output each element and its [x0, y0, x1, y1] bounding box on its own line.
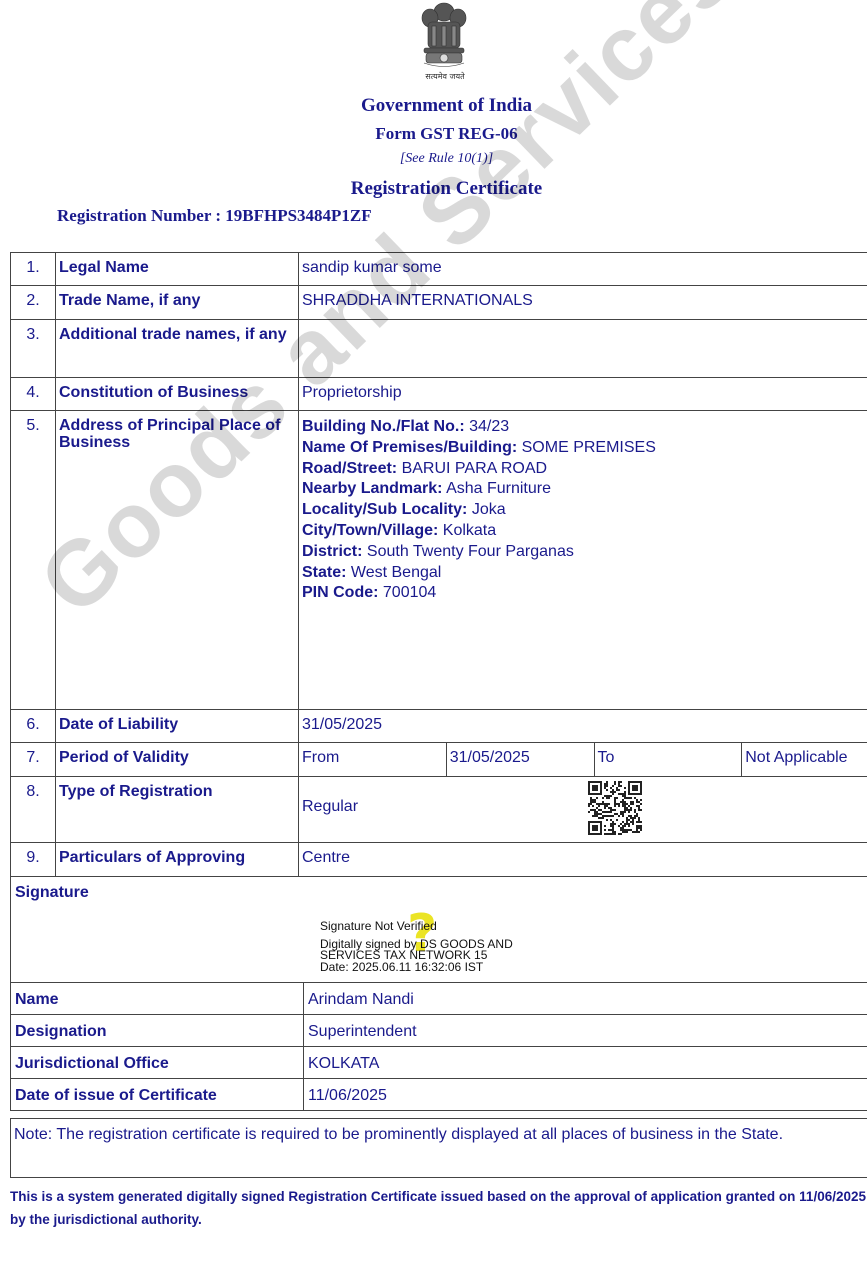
form-heading: Form GST REG-06 — [0, 124, 867, 144]
address-value: Asha Furniture — [446, 480, 551, 497]
address-road: Road/Street: BARUI PARA ROAD — [302, 459, 867, 480]
row-label: Date of Liability — [56, 710, 299, 743]
row-number: 9. — [11, 843, 56, 877]
row-value: sandip kumar some — [299, 253, 867, 286]
table-row: Jurisdictional Office KOLKATA — [11, 1047, 867, 1079]
address-key: Locality/Sub Locality: — [302, 501, 467, 518]
address-value: West Bengal — [351, 564, 441, 581]
table-row: 5. Address of Principal Place of Busines… — [11, 411, 867, 710]
officer-label: Date of issue of Certificate — [11, 1079, 304, 1111]
row-number: 7. — [11, 743, 56, 777]
qr-cell — [594, 777, 867, 843]
officer-details-table: Name Arindam Nandi Designation Superinte… — [10, 982, 867, 1111]
address-district: District: South Twenty Four Parganas — [302, 542, 867, 563]
table-row: 9. Particulars of Approving Centre — [11, 843, 867, 877]
row-value: Regular — [299, 777, 595, 843]
validity-to-date: Not Applicable — [742, 743, 867, 777]
row-label: Particulars of Approving — [56, 843, 299, 877]
address-pin: PIN Code: 700104 — [302, 583, 867, 604]
table-row: Designation Superintendent — [11, 1015, 867, 1047]
officer-value: Superintendent — [304, 1015, 867, 1047]
address-building: Building No./Flat No.: 34/23 — [302, 417, 867, 438]
table-row: 7. Period of Validity From 31/05/2025 To… — [11, 743, 867, 777]
officer-value: 11/06/2025 — [304, 1079, 867, 1111]
certificate-title: Registration Certificate — [0, 178, 867, 200]
row-value: Centre — [299, 843, 867, 877]
row-number: 4. — [11, 378, 56, 411]
registration-number: Registration Number : 19BFHPS3484P1ZF — [57, 206, 372, 226]
row-label: Additional trade names, if any — [56, 320, 299, 378]
row-number: 1. — [11, 253, 56, 286]
note-text: Note: The registration certificate is re… — [14, 1126, 783, 1144]
row-number: 5. — [11, 411, 56, 710]
row-number: 6. — [11, 710, 56, 743]
address-value: Kolkata — [443, 522, 496, 539]
officer-label: Designation — [11, 1015, 304, 1047]
rule-reference: [See Rule 10(1)] — [0, 151, 867, 167]
row-label: Period of Validity — [56, 743, 299, 777]
table-row: 1. Legal Name sandip kumar some — [11, 253, 867, 286]
row-label: Trade Name, if any — [56, 286, 299, 320]
table-row: Name Arindam Nandi — [11, 983, 867, 1015]
address-key: City/Town/Village: — [302, 522, 438, 539]
address-state: State: West Bengal — [302, 563, 867, 584]
signature-section: Signature ? Signature Not Verified Digit… — [10, 877, 867, 983]
registration-number-label: Registration Number : — [57, 206, 221, 225]
note-box: Note: The registration certificate is re… — [10, 1118, 867, 1178]
table-row: 6. Date of Liability 31/05/2025 — [11, 710, 867, 743]
address-value: SOME PREMISES — [522, 439, 656, 456]
national-motto: सत्यमेव जयते — [405, 71, 485, 82]
address-key: State: — [302, 564, 346, 581]
address-value: BARUI PARA ROAD — [402, 460, 548, 477]
row-label: Address of Principal Place of Business — [56, 411, 299, 710]
table-row: Date of issue of Certificate 11/06/2025 — [11, 1079, 867, 1111]
validity-from-label: From — [299, 743, 447, 777]
signature-date: Date: 2025.06.11 16:32:06 IST — [320, 962, 513, 974]
address-key: Nearby Landmark: — [302, 480, 443, 497]
address-locality: Locality/Sub Locality: Joka — [302, 500, 867, 521]
row-number: 2. — [11, 286, 56, 320]
officer-label: Jurisdictional Office — [11, 1047, 304, 1079]
officer-value: KOLKATA — [304, 1047, 867, 1079]
row-label: Legal Name — [56, 253, 299, 286]
qr-code-icon — [588, 781, 642, 835]
address-block: Building No./Flat No.: 34/23 Name Of Pre… — [299, 411, 867, 710]
government-heading: Government of India — [0, 95, 867, 117]
row-number: 8. — [11, 777, 56, 843]
address-key: PIN Code: — [302, 584, 378, 601]
officer-label: Name — [11, 983, 304, 1015]
address-key: District: — [302, 543, 362, 560]
row-value: Proprietorship — [299, 378, 867, 411]
address-value: 34/23 — [469, 418, 509, 435]
address-landmark: Nearby Landmark: Asha Furniture — [302, 479, 867, 500]
row-value: SHRADDHA INTERNATIONALS — [299, 286, 867, 320]
validity-from-date: 31/05/2025 — [446, 743, 594, 777]
address-value: 700104 — [383, 584, 436, 601]
address-city: City/Town/Village: Kolkata — [302, 521, 867, 542]
table-row: 8. Type of Registration Regular — [11, 777, 867, 843]
officer-value: Arindam Nandi — [304, 983, 867, 1015]
footer-statement: This is a system generated digitally sig… — [10, 1185, 867, 1231]
row-value — [299, 320, 867, 378]
digital-signature-stamp: Signature Not Verified Digitally signed … — [320, 921, 513, 973]
table-row: 2. Trade Name, if any SHRADDHA INTERNATI… — [11, 286, 867, 320]
validity-to-label: To — [594, 743, 742, 777]
row-number: 3. — [11, 320, 56, 378]
table-row: 3. Additional trade names, if any — [11, 320, 867, 378]
address-key: Road/Street: — [302, 460, 397, 477]
address-key: Building No./Flat No.: — [302, 418, 465, 435]
address-premises: Name Of Premises/Building: SOME PREMISES — [302, 438, 867, 459]
registration-details-table: 1. Legal Name sandip kumar some 2. Trade… — [10, 252, 867, 877]
address-value: South Twenty Four Parganas — [367, 543, 574, 560]
row-label: Type of Registration — [56, 777, 299, 843]
signature-label: Signature — [15, 884, 89, 902]
address-value: Joka — [472, 501, 506, 518]
table-row: 4. Constitution of Business Proprietorsh… — [11, 378, 867, 411]
row-value: 31/05/2025 — [299, 710, 867, 743]
address-key: Name Of Premises/Building: — [302, 439, 517, 456]
registration-number-value: 19BFHPS3484P1ZF — [225, 206, 371, 225]
signature-status: Signature Not Verified — [320, 921, 513, 933]
row-label: Constitution of Business — [56, 378, 299, 411]
